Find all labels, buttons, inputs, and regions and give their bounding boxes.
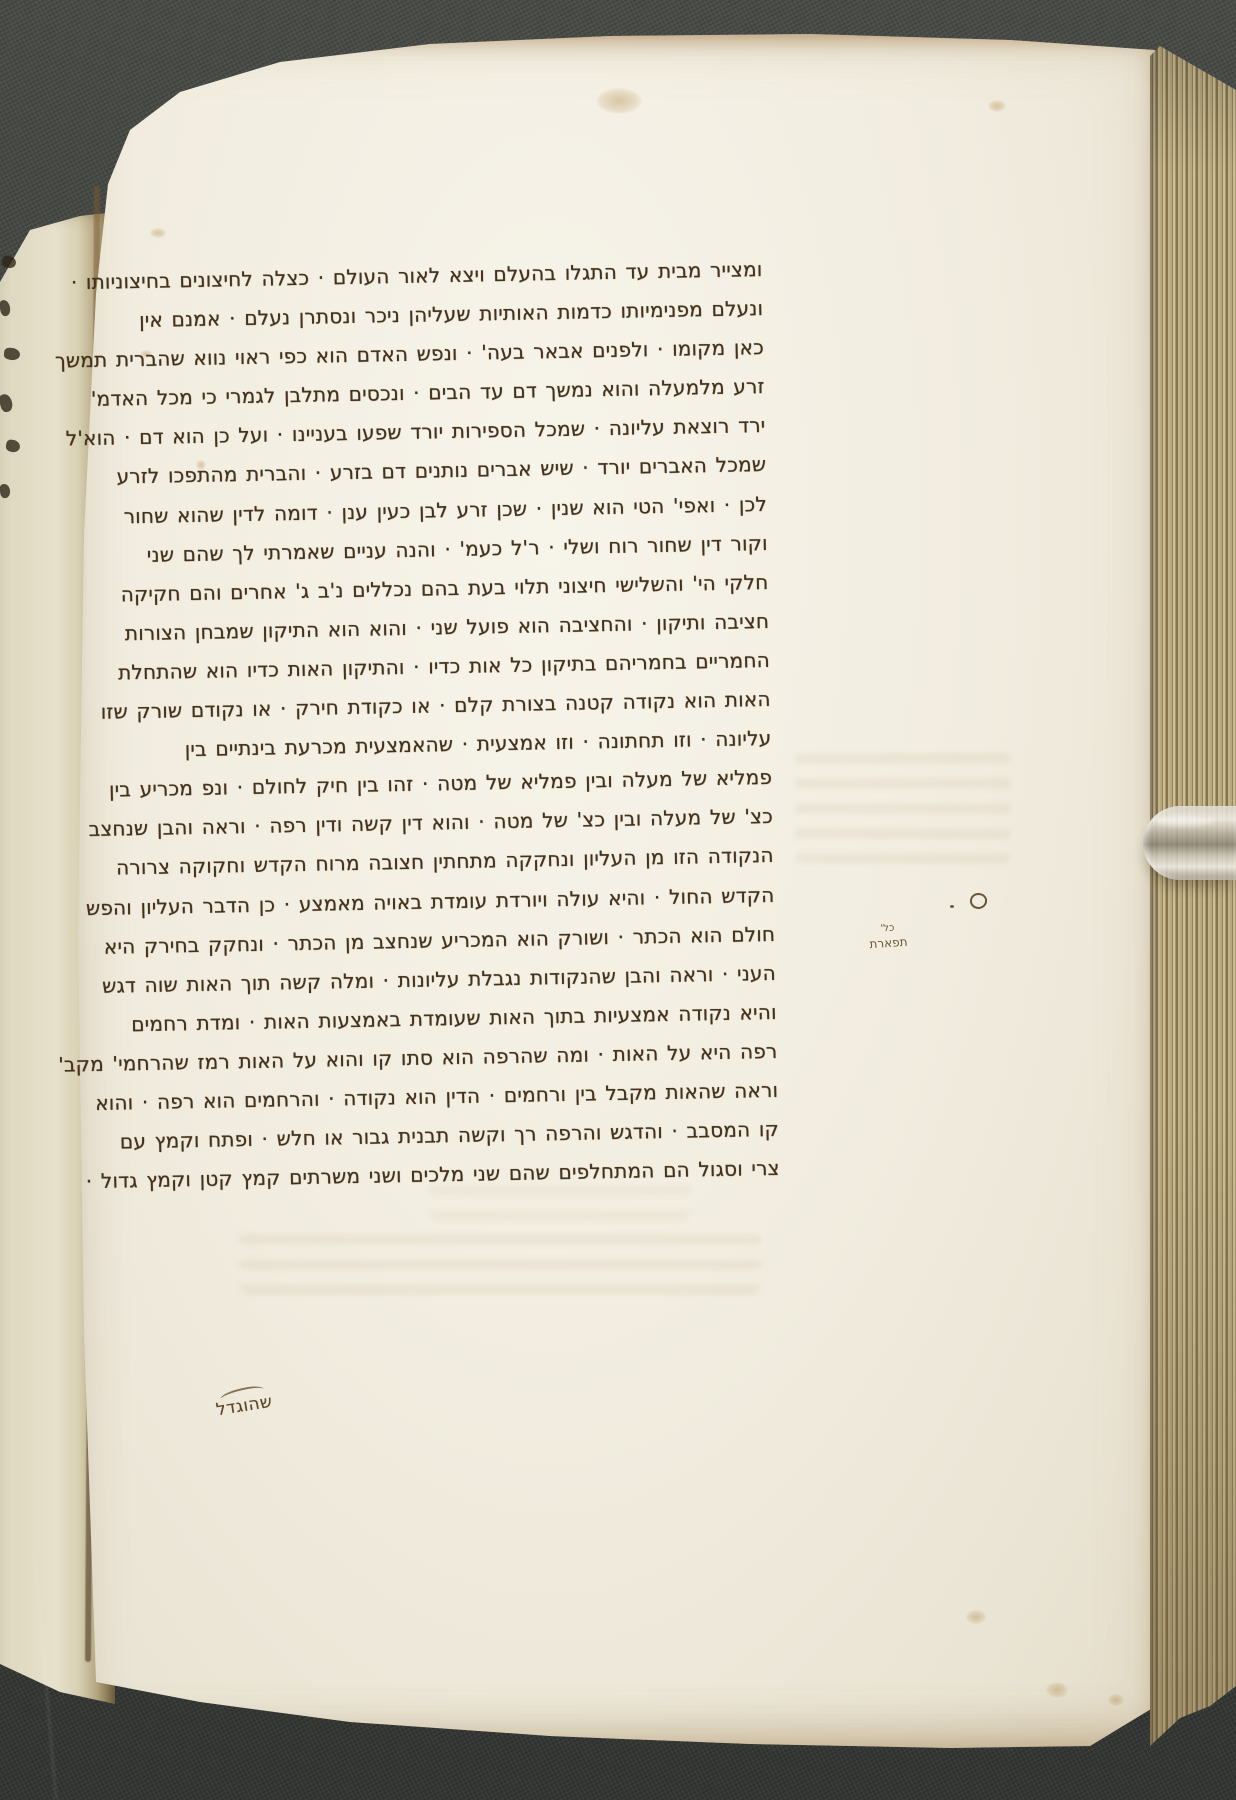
fore-edge-page-stack [1150,44,1236,1758]
glass-weight-rod [1143,806,1236,880]
margin-note: כל' תפארת [857,920,919,952]
ink-speck [950,905,954,908]
text-block: ומצייר מבית עד התגלו בהעלם ויצא לאור העו… [98,250,780,1201]
